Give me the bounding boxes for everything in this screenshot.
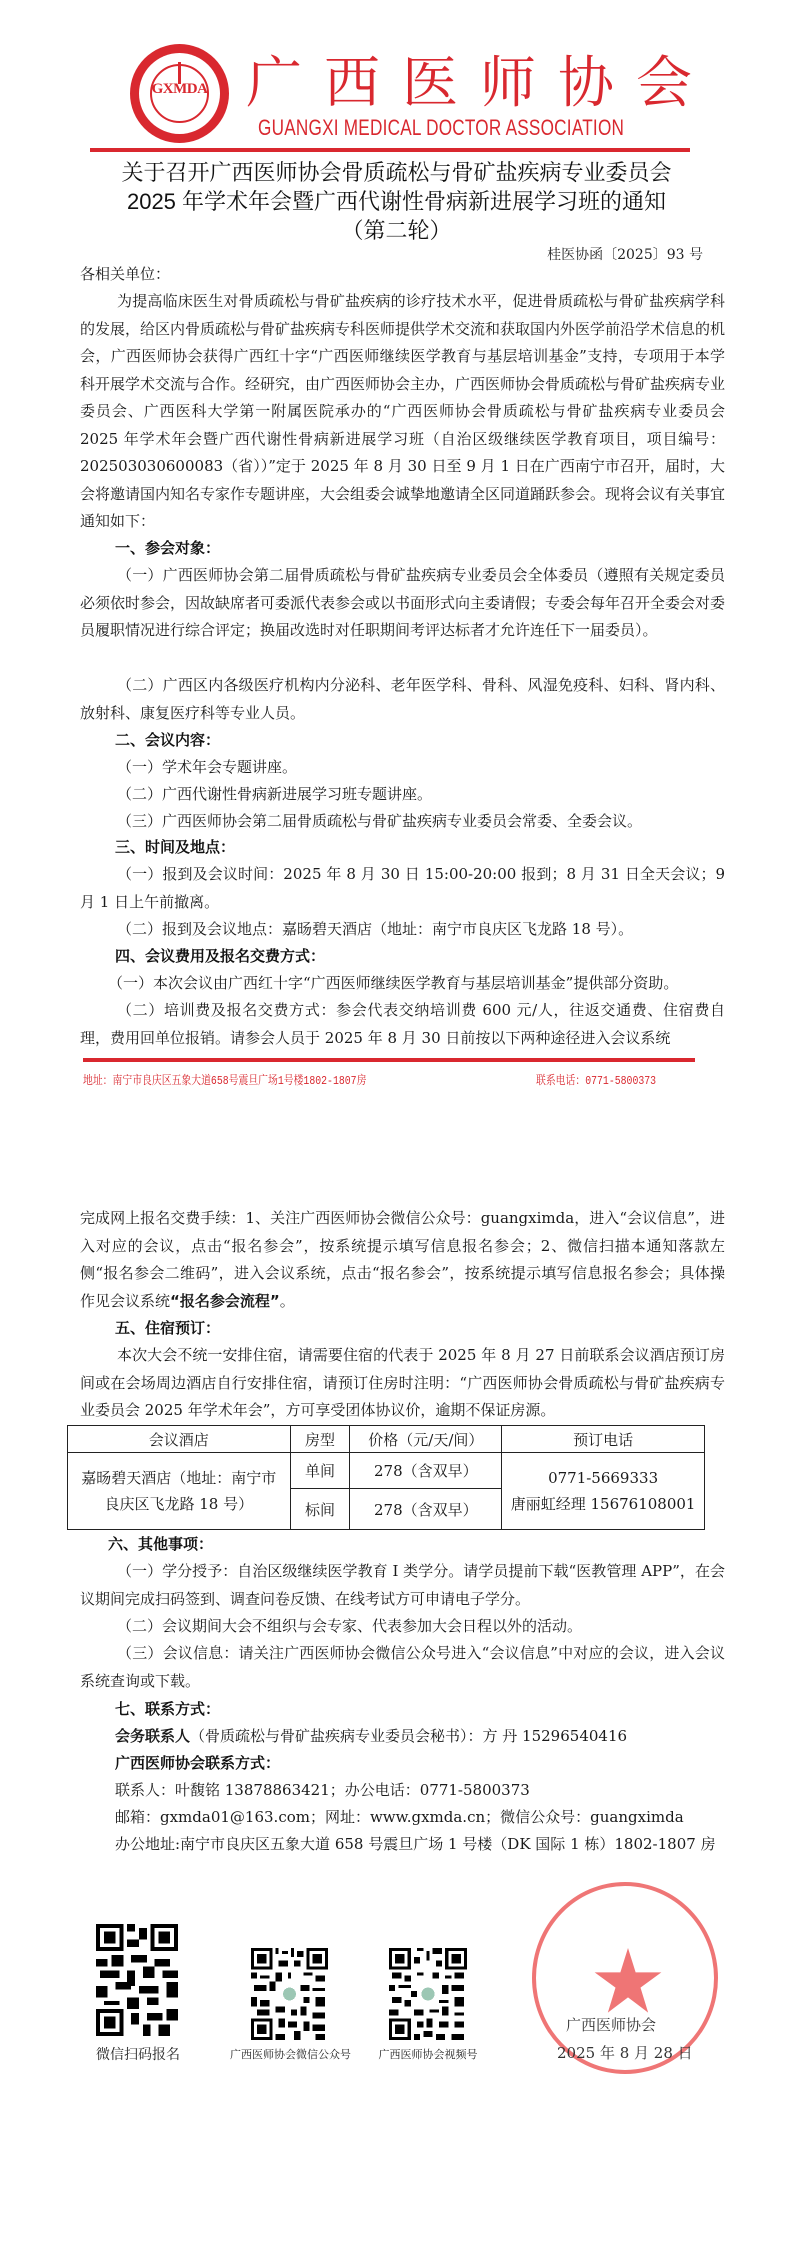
registration-flow-link: “报名参会流程” (170, 1292, 280, 1310)
sentence-end: 。 (280, 1292, 295, 1310)
section-6-item-1: （一）学分授予：自治区级继续医学教育 I 类学分。请学员提前下载“医教管理 AP… (80, 1558, 725, 1613)
org-name-cn: 广西医师协会 (246, 52, 714, 116)
title-line-3: （第二轮） (0, 216, 793, 245)
section-4-item-2-part-1: （二）培训费及报名交费方式：参会代表交纳培训费 600 元/人，往返交通费、住宿… (80, 997, 725, 1052)
qr-code-icon (251, 1948, 328, 2040)
salutation: 各相关单位： (80, 261, 725, 289)
section-2-item-3: （三）广西医师协会第二届骨质疏松与骨矿盐疾病专业委员会常委、全委会议。 (80, 808, 725, 836)
section-4-item-2-part-2: 完成网上报名交费手续：1、关注广西医师协会微信公众号：guangximda，进入… (80, 1205, 725, 1315)
signature-organization: 广西医师协会 (566, 2014, 656, 2035)
table-header-row: 会议酒店 房型 价格（元/天/间） 预订电话 (68, 1426, 705, 1453)
section-3-item-2: （二）报到及会议地点：嘉旸碧天酒店（地址：南宁市良庆区飞龙路 18 号）。 (80, 916, 725, 944)
price-cell: 278（含双早） (350, 1453, 502, 1489)
footer-phone: 联系电话：0771-5800373 (536, 1071, 656, 1088)
hotel-name-cell: 嘉旸碧天酒店（地址：南宁市良庆区飞龙路 18 号） (68, 1453, 291, 1530)
section-4-heading: 四、会议费用及报名交费方式： (115, 943, 325, 970)
section-7-heading: 七、联系方式： (115, 1696, 220, 1723)
price-cell: 278（含双早） (350, 1489, 502, 1530)
booking-phone-cell: 0771-5669333 唐丽虹经理 15676108001 (502, 1453, 705, 1530)
org-name-en: GUANGXI MEDICAL DOCTOR ASSOCIATION (258, 115, 624, 141)
hotel-manager: 唐丽虹经理 15676108001 (502, 1491, 704, 1517)
section-5-text: 本次大会不统一安排住宿，请需要住宿的代表于 2025 年 8 月 27 日前联系… (80, 1342, 725, 1425)
section-2-heading: 二、会议内容： (115, 727, 220, 754)
header-divider (90, 148, 690, 152)
section-6-item-3: （三）会议信息：请关注广西医师协会微信公众号进入“会议信息”中对应的会议，进入会… (80, 1640, 725, 1695)
qr-code-wechat-official[interactable] (251, 1948, 328, 2040)
footer-divider (83, 1058, 695, 1062)
room-type-cell: 单间 (290, 1453, 350, 1489)
association-address: 办公地址:南宁市良庆区五象大道 658 号震旦广场 1 号楼（DK 国际 1 栋… (80, 1831, 760, 1859)
section-6-item-2: （二）会议期间大会不组织与会专家、代表参加大会日程以外的活动。 (80, 1613, 725, 1641)
qr-code-icon (389, 1948, 467, 2040)
association-email-web: 邮箱：gxmda01@163.com；网址：www.gxmda.cn；微信公众号… (80, 1804, 725, 1832)
section-6-heading: 六、其他事项： (108, 1531, 213, 1558)
hotel-table: 会议酒店 房型 价格（元/天/间） 预订电话 嘉旸碧天酒店（地址：南宁市良庆区飞… (67, 1425, 705, 1530)
section-3-item-1: （一）报到及会议时间：2025 年 8 月 30 日 15:00-20:00 报… (80, 861, 725, 916)
qr-label-video-channel: 广西医师协会视频号 (370, 2046, 486, 2062)
footer-address: 地址：南宁市良庆区五象大道658号震旦广场1号楼1802-1807房 (83, 1071, 366, 1088)
signature-date: 2025 年 8 月 28 日 (557, 2042, 693, 2063)
qr-code-icon (96, 1924, 178, 2036)
intro-paragraph: 为提高临床医生对骨质疏松与骨矿盐疾病的诊疗技术水平，促进骨质疏松与骨矿盐疾病学科… (80, 288, 725, 536)
qr-code-video-channel[interactable] (389, 1948, 467, 2040)
qr-label-wechat-official: 广西医师协会微信公众号 (230, 2046, 350, 2062)
section-1-item-1: （一）广西医师协会第二届骨质疏松与骨矿盐疾病专业委员会全体委员（遵照有关规定委员… (80, 562, 725, 645)
section-2-item-2: （二）广西代谢性骨病新进展学习班专题讲座。 (80, 781, 725, 809)
logo-text: GXMDA (130, 81, 229, 98)
column-header-room-type: 房型 (290, 1426, 350, 1453)
section-5-heading: 五、住宿预订： (115, 1315, 220, 1342)
qr-label-registration: 微信扫码报名 (96, 2044, 178, 2064)
column-header-price: 价格（元/天/间） (350, 1426, 502, 1453)
meeting-contact-detail: （骨质疏松与骨矿盐疾病专业委员会秘书）：方 丹 15296540416 (190, 1727, 627, 1745)
column-header-hotel: 会议酒店 (68, 1426, 291, 1453)
qr-code-registration[interactable] (96, 1924, 178, 2036)
meeting-contact-label: 会务联系人 (115, 1727, 190, 1745)
section-2-item-1: （一）学术年会专题讲座。 (80, 754, 725, 782)
room-type-cell: 标间 (290, 1489, 350, 1530)
association-contact-heading: 广西医师协会联系方式： (115, 1750, 280, 1777)
column-header-phone: 预订电话 (502, 1426, 705, 1453)
section-4-item-1: （一）本次会议由广西红十字“广西医师继续医学教育与基层培训基金”提供部分资助。 (80, 970, 725, 998)
hotel-phone: 0771-5669333 (502, 1465, 704, 1491)
title-line-1: 关于召开广西医师协会骨质疏松与骨矿盐疾病专业委员会 (0, 158, 793, 187)
table-row: 嘉旸碧天酒店（地址：南宁市良庆区飞龙路 18 号） 单间 278（含双早） 07… (68, 1453, 705, 1489)
title-line-2: 2025 年学术年会暨广西代谢性骨病新进展学习班的通知 (0, 187, 793, 216)
section-1-heading: 一、参会对象： (115, 535, 220, 562)
association-contact-person: 联系人：叶馥铭 13878863421；办公电话：0771-5800373 (80, 1777, 725, 1805)
meeting-contact: 会务联系人（骨质疏松与骨矿盐疾病专业委员会秘书）：方 丹 15296540416 (80, 1723, 725, 1751)
star-icon (593, 1948, 663, 2014)
section-3-heading: 三、时间及地点： (115, 834, 235, 861)
section-1-item-2: （二）广西区内各级医疗机构内分泌科、老年医学科、骨科、风湿免疫科、妇科、肾内科、… (80, 672, 725, 727)
association-logo: GXMDA (130, 44, 229, 143)
